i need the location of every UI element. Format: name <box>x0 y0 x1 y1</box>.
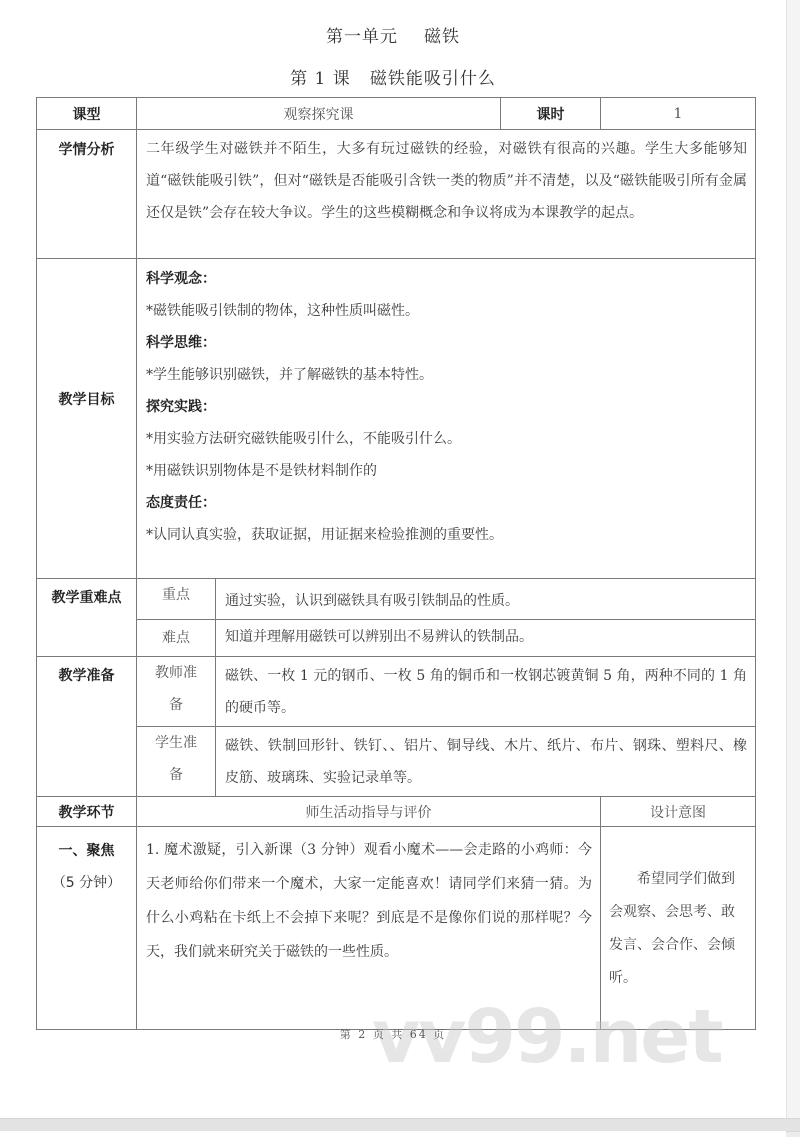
student-analysis-row: 学情分析 二年级学生对磁铁并不陌生，大多有玩过磁铁的经验，对磁铁有很高的兴趣。学… <box>37 130 756 259</box>
document-page: 第一单元磁铁 第 1 课 磁铁能吸引什么 课型 观察探究课 课时 1 学情分析 … <box>0 0 786 1118</box>
process-intent: 希望同学们做到会观察、会思考、敢发言、会合作、会倾听。 <box>601 827 756 1030</box>
process-stage-title: 一、聚焦 <box>37 835 136 867</box>
process-activity-text: 1. 魔术激疑，引入新课（3 分钟）观看小魔术——会走路的小鸡师：今天老师给你们… <box>137 827 601 1030</box>
period-label: 课时 <box>501 98 601 130</box>
key-points-label: 教学重难点 <box>37 579 137 657</box>
teaching-goals-row: 教学目标 科学观念： *磁铁能吸引铁制的物体，这种性质叫磁性。 科学思维： *学… <box>37 259 756 579</box>
goal-item: *用实验方法研究磁铁能吸引什么，不能吸引什么。 <box>146 423 747 455</box>
difficult-point-row: 难点 知道并理解用磁铁可以辨别出不易辨认的铁制品。 <box>37 620 756 657</box>
goal-heading-thinking: 科学思维： <box>146 327 747 359</box>
key-point-row: 教学重难点 重点 通过实验，认识到磁铁具有吸引铁制品的性质。 <box>37 579 756 620</box>
process-header-intent: 设计意图 <box>601 797 756 827</box>
unit-title-topic: 磁铁 <box>424 27 460 47</box>
student-prep-sub-label-line2: 备 <box>137 759 215 791</box>
teaching-goals-label: 教学目标 <box>37 259 137 579</box>
goal-heading-attitude: 态度责任： <box>146 487 747 519</box>
student-prep-sub-label: 学生准 备 <box>137 727 216 797</box>
key-point-sub-label: 重点 <box>137 579 216 620</box>
student-prep-sub-label-line1: 学生准 <box>137 727 215 759</box>
student-prep-text: 磁铁、铁制回形针、铁钉、、铝片、铜导线、木片、纸片、布片、钢珠、塑料尺、橡皮筋、… <box>216 727 756 797</box>
period-value: 1 <box>601 98 756 130</box>
lesson-title: 第 1 课 磁铁能吸引什么 <box>0 64 786 89</box>
teaching-goals-content: 科学观念： *磁铁能吸引铁制的物体，这种性质叫磁性。 科学思维： *学生能够识别… <box>137 259 756 579</box>
teacher-prep-sub-label: 教师准 备 <box>137 657 216 727</box>
difficult-point-sub-label: 难点 <box>137 620 216 657</box>
teacher-prep-text: 磁铁、一枚 1 元的钢币、一枚 5 角的铜币和一枚钢芯镀黄铜 5 角，两种不同的… <box>216 657 756 727</box>
goal-item: *认同认真实验，获取证据，用证据来检验推测的重要性。 <box>146 519 747 551</box>
course-type-value: 观察探究课 <box>137 98 501 130</box>
page-indicator: 第 2 页 共 64 页 <box>0 1026 786 1042</box>
goal-heading-practice: 探究实践： <box>146 391 747 423</box>
lesson-plan-table: 课型 观察探究课 课时 1 学情分析 二年级学生对磁铁并不陌生，大多有玩过磁铁的… <box>36 97 756 1030</box>
process-header-activity: 师生活动指导与评价 <box>137 797 601 827</box>
teacher-prep-row: 教学准备 教师准 备 磁铁、一枚 1 元的钢币、一枚 5 角的铜币和一枚钢芯镀黄… <box>37 657 756 727</box>
process-row: 一、聚焦 （5 分钟） 1. 魔术激疑，引入新课（3 分钟）观看小魔术——会走路… <box>37 827 756 1030</box>
key-point-text: 通过实验，认识到磁铁具有吸引铁制品的性质。 <box>216 579 756 620</box>
goal-item: *学生能够识别磁铁，并了解磁铁的基本特性。 <box>146 359 747 391</box>
student-analysis-label: 学情分析 <box>37 130 137 259</box>
process-stage-duration: （5 分钟） <box>37 867 136 899</box>
process-header-stage: 教学环节 <box>37 797 137 827</box>
course-type-label: 课型 <box>37 98 137 130</box>
viewer-scroll-strip[interactable] <box>786 0 800 1118</box>
process-header-row: 教学环节 师生活动指导与评价 设计意图 <box>37 797 756 827</box>
goal-item: *磁铁能吸引铁制的物体，这种性质叫磁性。 <box>146 295 747 327</box>
page-break-gap <box>0 1118 800 1132</box>
goal-heading-concept: 科学观念： <box>146 263 747 295</box>
unit-title: 第一单元磁铁 <box>0 22 786 47</box>
process-stage: 一、聚焦 （5 分钟） <box>37 827 137 1030</box>
preparation-label: 教学准备 <box>37 657 137 797</box>
teacher-prep-sub-label-line1: 教师准 <box>137 657 215 689</box>
student-analysis-text: 二年级学生对磁铁并不陌生，大多有玩过磁铁的经验，对磁铁有很高的兴趣。学生大多能够… <box>137 130 756 259</box>
course-type-row: 课型 观察探究课 课时 1 <box>37 98 756 130</box>
process-intent-text: 希望同学们做到会观察、会思考、敢发言、会合作、会倾听。 <box>609 871 735 986</box>
next-page-edge <box>0 1131 786 1137</box>
goal-item: *用磁铁识别物体是不是铁材料制作的 <box>146 455 747 487</box>
student-prep-row: 学生准 备 磁铁、铁制回形针、铁钉、、铝片、铜导线、木片、纸片、布片、钢珠、塑料… <box>37 727 756 797</box>
difficult-point-text: 知道并理解用磁铁可以辨别出不易辨认的铁制品。 <box>216 620 756 657</box>
teacher-prep-sub-label-line2: 备 <box>137 689 215 721</box>
unit-title-number: 第一单元 <box>326 27 398 47</box>
